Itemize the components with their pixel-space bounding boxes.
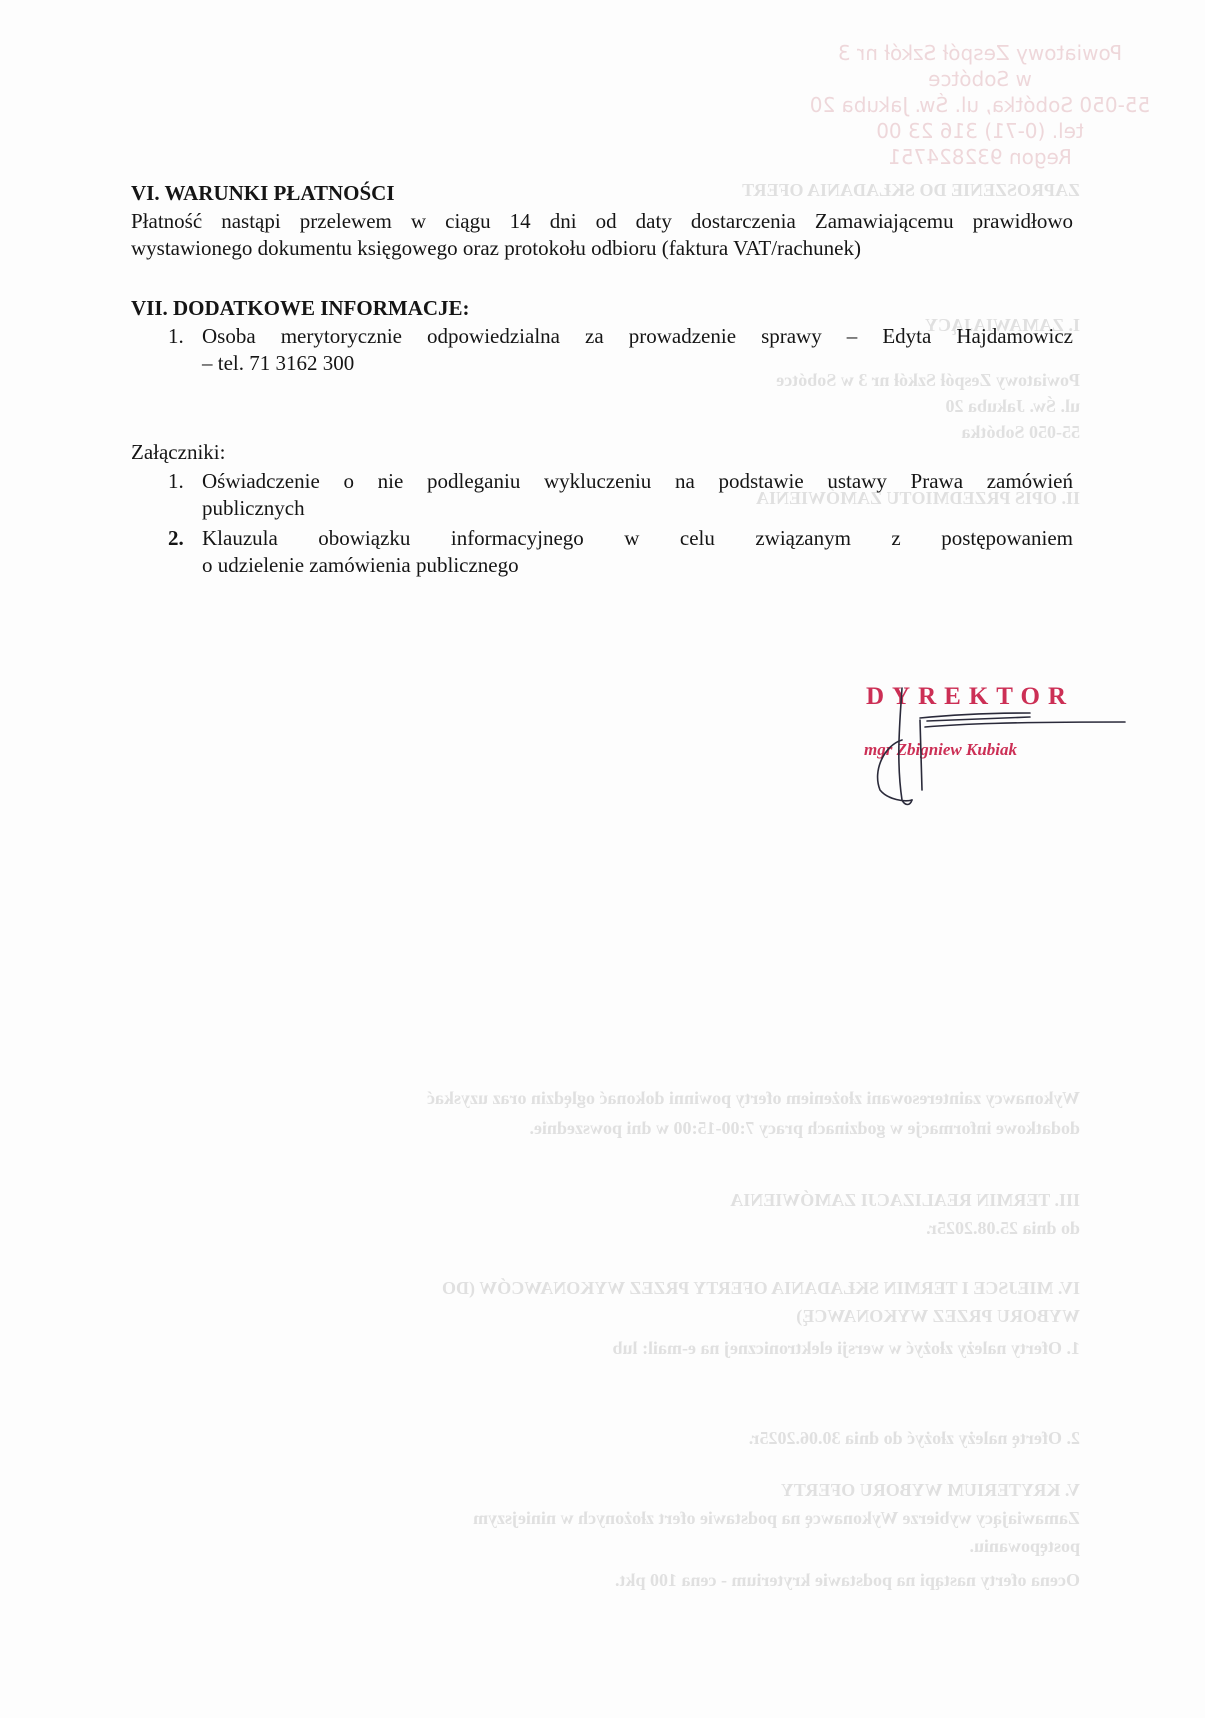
bleed-header-line: 55-050 Sobótka, ul. Św. Jakuba 20: [790, 92, 1170, 118]
list-item-text: Klauzula obowiązku informacyjnego w celu…: [202, 526, 1073, 551]
list-item-text: Oświadczenie o nie podleganiu wykluczeni…: [202, 469, 1073, 494]
list-item-text: publicznych: [202, 496, 1073, 521]
bleed-body-line: Ocena oferty nastąpi na podstawie kryter…: [140, 1570, 1080, 1591]
bleed-header-line: tel. (0-71) 316 23 00: [790, 118, 1170, 144]
bleed-body-line: postępowaniu.: [140, 1536, 1080, 1557]
section-vi-text-line: Płatność nastąpi przelewem w ciągu 14 dn…: [131, 209, 1073, 234]
bleed-body-line: 1. Oferty należy złożyć w wersji elektro…: [140, 1338, 1080, 1359]
list-number: 1.: [168, 469, 184, 494]
section-vi-heading: VI. WARUNKI PŁATNOŚCI: [131, 181, 395, 206]
list-item-text: Osoba merytorycznie odpowiedzialna za pr…: [202, 324, 1073, 349]
signature-title: DYREKTOR: [866, 683, 1074, 711]
section-vi-text-line: wystawionego dokumentu księgowego oraz p…: [131, 236, 1073, 261]
bleed-body-line: 2. Ofertę należy złożyć do dnia 30.06.20…: [140, 1428, 1080, 1449]
signature-name: mgr Zbigniew Kubiak: [864, 740, 1017, 760]
list-number: 2.: [168, 526, 184, 551]
bleed-header-line: Regon 932824751: [790, 144, 1170, 170]
bleed-body-line: III. TERMIN REALIZACJI ZAMÓWIENIA: [140, 1190, 1080, 1211]
list-number: 1.: [168, 324, 184, 349]
bleed-body-line: ul. Św. Jakuba 20: [140, 396, 1080, 417]
signature-stamp: DYREKTOR mgr Zbigniew Kubiak: [866, 683, 1074, 711]
bleed-body-line: V. KRYTERIUM WYBORU OFERTY: [140, 1480, 1080, 1501]
list-item-text: o udzielenie zamówienia publicznego: [202, 553, 1073, 578]
bleed-body-line: WYBORU PRZEZ WYKONAWCĘ): [140, 1306, 1080, 1327]
bleed-body-line: dodatkowe informacje w godzinach pracy 7…: [140, 1118, 1080, 1139]
list-item-text: – tel. 71 3162 300: [202, 351, 1073, 376]
section-vii-heading: VII. DODATKOWE INFORMACJE:: [131, 296, 470, 321]
bleed-body-line: IV. MIEJSCE I TERMIN SKŁADANIA OFERTY PR…: [140, 1278, 1080, 1299]
bleed-through-letterhead: Powiatowy Zespół Szkół nr 3 w Sobótce 55…: [790, 40, 1170, 170]
bleed-body-line: do dnia 25.08.2025r.: [140, 1218, 1080, 1239]
bleed-header-line: Powiatowy Zespół Szkół nr 3: [790, 40, 1170, 66]
bleed-header-line: w Sobótce: [790, 66, 1170, 92]
bleed-body-line: Zamawiający wybierze Wykonawcę na podsta…: [140, 1508, 1080, 1529]
attachments-label: Załączniki:: [131, 440, 1073, 465]
bleed-body-line: Wykonawcy zainteresowani złożeniem ofert…: [140, 1088, 1080, 1109]
